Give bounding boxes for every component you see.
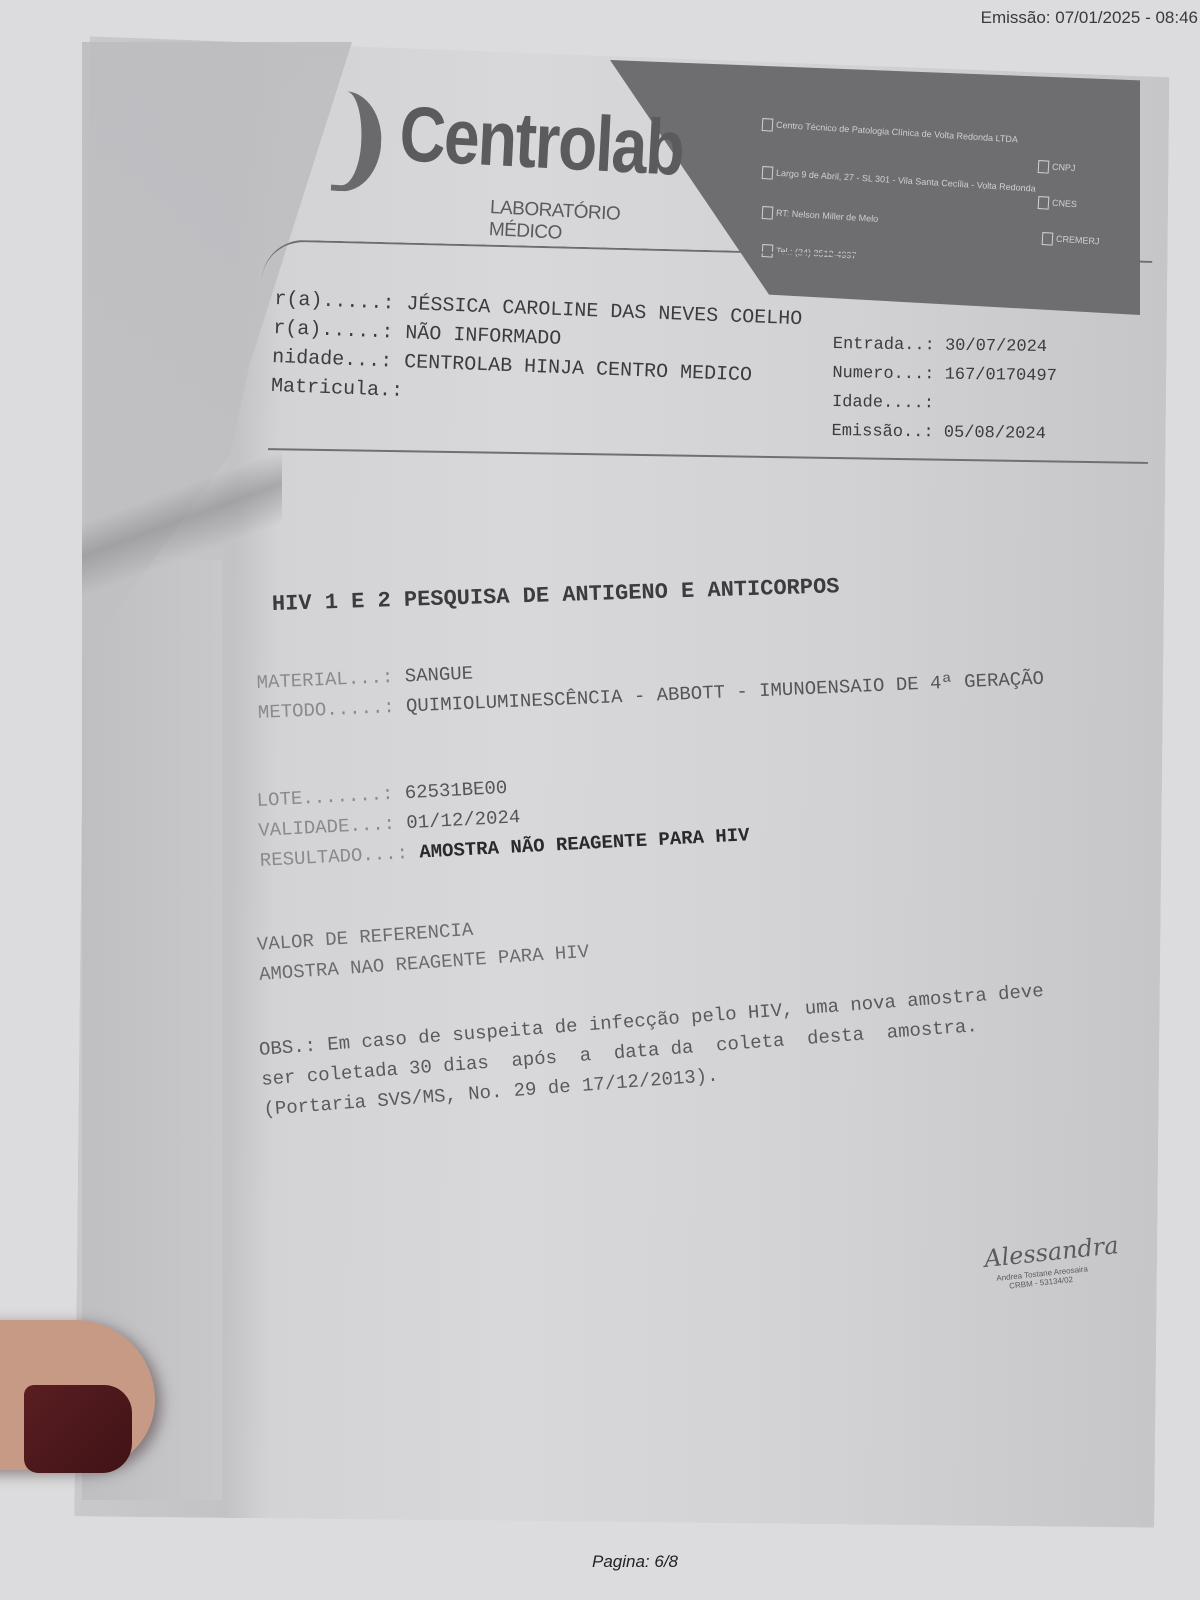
building-icon [762,118,774,132]
lab-logo: Centrolab LABORATÓRIO MÉDICO [316,70,705,270]
document-icon [1038,196,1050,210]
location-pin-icon [762,166,774,180]
entry-date-row: Entrada..: 30/07/2024 [833,330,1058,362]
doctor-name: NÃO INFORMADO [405,322,562,351]
emission-timestamp: Emissão: 07/01/2025 - 08:46 [981,8,1198,28]
document-icon [1042,232,1054,246]
issue-date-row: Emissão..: 05/08/2024 [831,417,1056,449]
contact-cnes: CNES [1038,196,1078,211]
lab-brand: Centrolab [397,88,685,194]
document-icon [1038,160,1050,174]
id-card-icon [762,206,774,220]
fold-shadow [82,390,282,650]
contact-cnpj: CNPJ [1038,160,1076,175]
patient-info: r(a).....: JÉSSICA CAROLINE DAS NEVES CO… [271,285,803,421]
lab-subtitle: LABORATÓRIO MÉDICO [488,197,698,252]
report-meta: Entrada..: 30/07/2024 Numero...: 167/017… [831,330,1057,449]
age-row: Idade....: [832,388,1057,420]
number-row: Numero...: 167/0170497 [832,359,1057,391]
fingernail [24,1385,132,1473]
logo-drop-icon [331,91,384,193]
page-number: Pagina: 6/8 [0,1552,1200,1572]
